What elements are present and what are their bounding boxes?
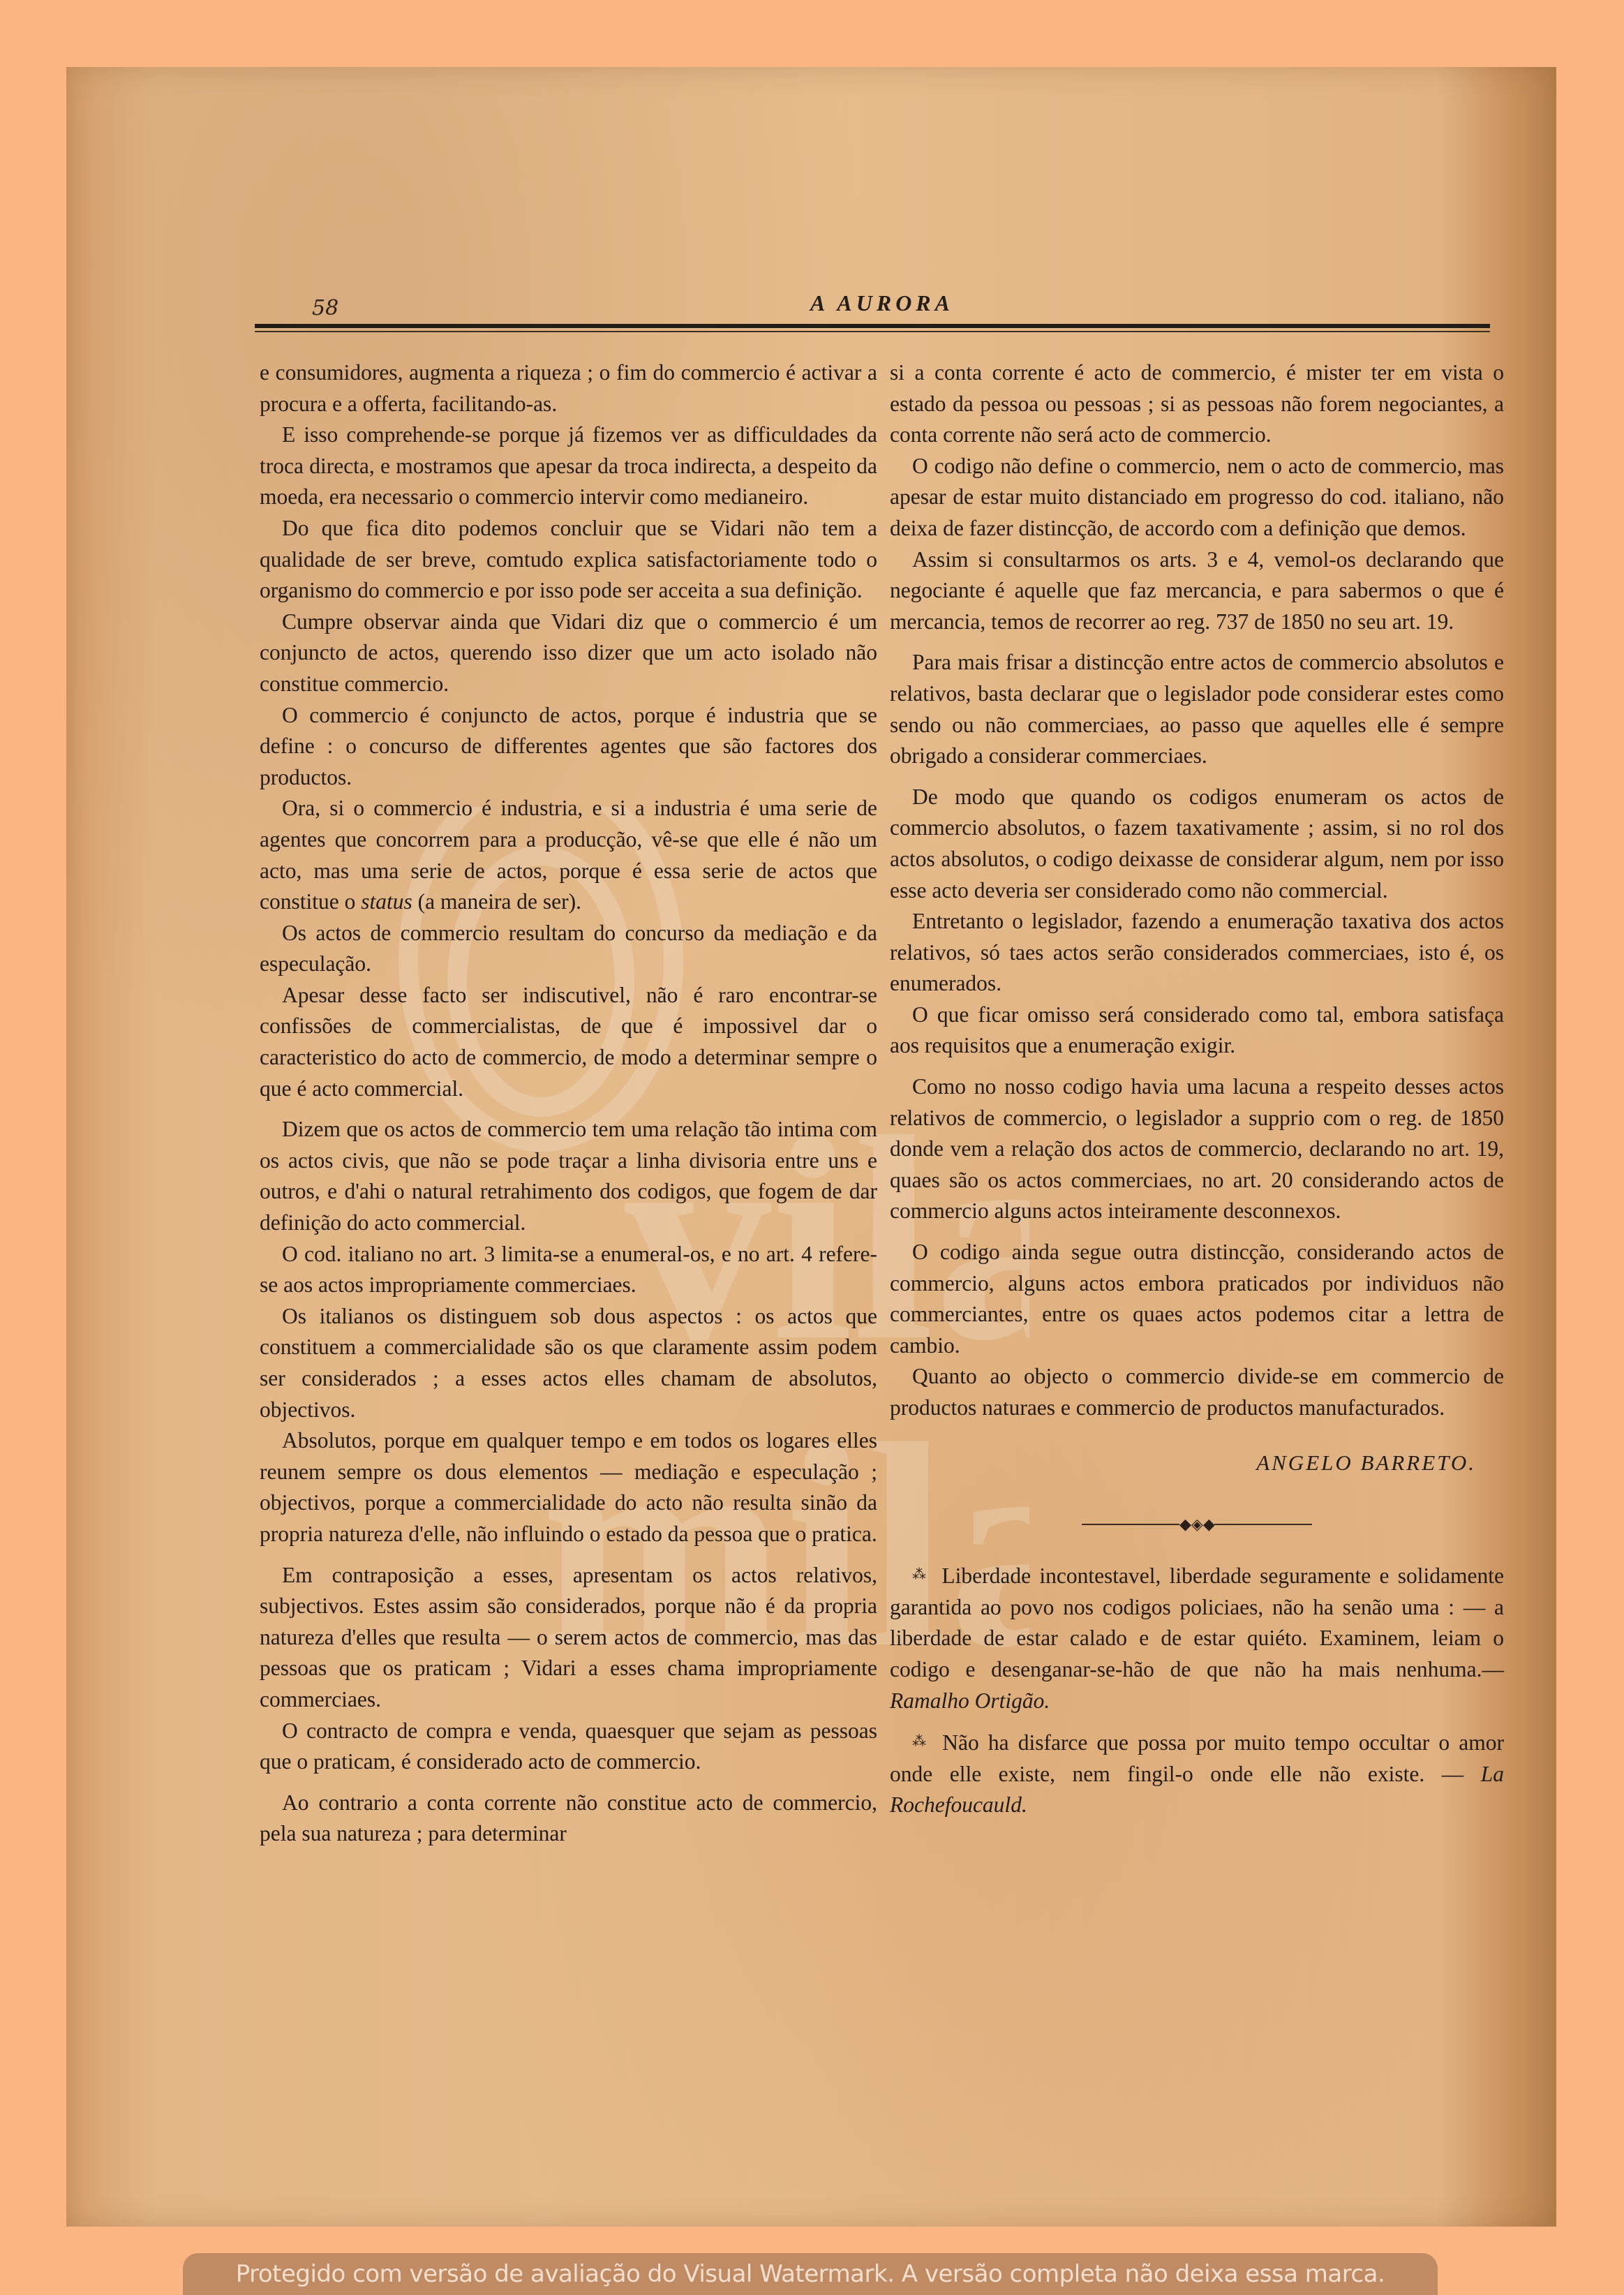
paragraph: Do que fica dito podemos concluir que se… xyxy=(260,513,877,607)
paragraph: Absolutos, porque em qualquer tempo e em… xyxy=(260,1425,877,1550)
paragraph: Para mais frisar a distincção entre acto… xyxy=(890,647,1504,771)
paragraph: Os actos de commercio resultam do concur… xyxy=(260,918,877,980)
ornament-line-right xyxy=(1214,1524,1312,1525)
paragraph: O codigo não define o commercio, nem o a… xyxy=(890,451,1504,544)
paragraph: Cumpre observar ainda que Vidari diz que… xyxy=(260,607,877,700)
paragraph: e consumidores, augmenta a riqueza ; o f… xyxy=(260,357,877,419)
paragraph: Entretanto o legislador, fazendo a enume… xyxy=(890,906,1504,1000)
paragraph: si a conta corrente é acto de commercio,… xyxy=(890,357,1504,451)
ornament-line-left xyxy=(1082,1524,1179,1525)
paragraph: O cod. italiano no art. 3 limita-se a en… xyxy=(260,1239,877,1301)
paragraph-status: Ora, si o commercio é industria, e si a … xyxy=(260,793,877,917)
paragraph: O contracto de compra e venda, quaesquer… xyxy=(260,1716,877,1778)
paragraph: Em contraposição a esses, apresentam os … xyxy=(260,1560,877,1716)
asterism-icon: ⁂ xyxy=(912,1567,928,1582)
right-column: si a conta corrente é acto de commercio,… xyxy=(890,357,1504,1821)
watermark-notice: Protegido com versão de avaliação do Vis… xyxy=(183,2253,1438,2295)
running-head: 58 A AURORA xyxy=(248,285,1497,334)
maxim: ⁂Não ha disfarce que possa por muito tem… xyxy=(890,1726,1504,1821)
paragraph: Os italianos os distinguem sob dous aspe… xyxy=(260,1301,877,1425)
paragraph: O codigo ainda segue outra distincção, c… xyxy=(890,1237,1504,1361)
ornament-glyph-icon: ◆◈◆ xyxy=(1179,1509,1214,1540)
page-number: 58 xyxy=(312,296,338,320)
paragraph: O que ficar omisso será considerado como… xyxy=(890,1000,1504,1062)
paragraph: Assim si consultarmos os arts. 3 e 4, ve… xyxy=(890,544,1504,638)
paragraph: Ao contrario a conta corrente não consti… xyxy=(260,1788,877,1850)
maxims-section: ⁂Liberdade incontestavel, liberdade segu… xyxy=(890,1559,1504,1821)
author-signature: ANGELO BARRETO. xyxy=(890,1448,1476,1479)
paragraph: E isso comprehende-se porque já fizemos … xyxy=(260,419,877,513)
paragraph: De modo que quando os codigos enumeram o… xyxy=(890,782,1504,906)
header-rule xyxy=(255,324,1490,332)
paragraph: Apesar desse facto ser indiscutivel, não… xyxy=(260,980,877,1104)
left-column: e consumidores, augmenta a riqueza ; o f… xyxy=(260,357,877,1850)
paragraph-tail: (a maneira de ser). xyxy=(412,889,581,914)
italic-term: status xyxy=(361,889,412,914)
paragraph: O commercio é conjuncto de actos, porque… xyxy=(260,700,877,794)
maxim-text: Liberdade incontestavel, liberdade segur… xyxy=(890,1564,1504,1681)
section-ornament: ◆◈◆ xyxy=(1082,1517,1312,1531)
journal-title: A AURORA xyxy=(810,290,954,316)
maxim: ⁂Liberdade incontestavel, liberdade segu… xyxy=(890,1559,1504,1716)
asterism-icon: ⁂ xyxy=(912,1734,928,1749)
maxim-author: Ramalho Ortigão. xyxy=(890,1688,1050,1713)
paragraph: Dizem que os actos de commercio tem uma … xyxy=(260,1114,877,1238)
paragraph: Como no nosso codigo havia uma lacuna a … xyxy=(890,1071,1504,1227)
maxim-text: Não ha disfarce que possa por muito temp… xyxy=(890,1730,1504,1786)
paragraph: Quanto ao objecto o commercio divide-se … xyxy=(890,1361,1504,1423)
